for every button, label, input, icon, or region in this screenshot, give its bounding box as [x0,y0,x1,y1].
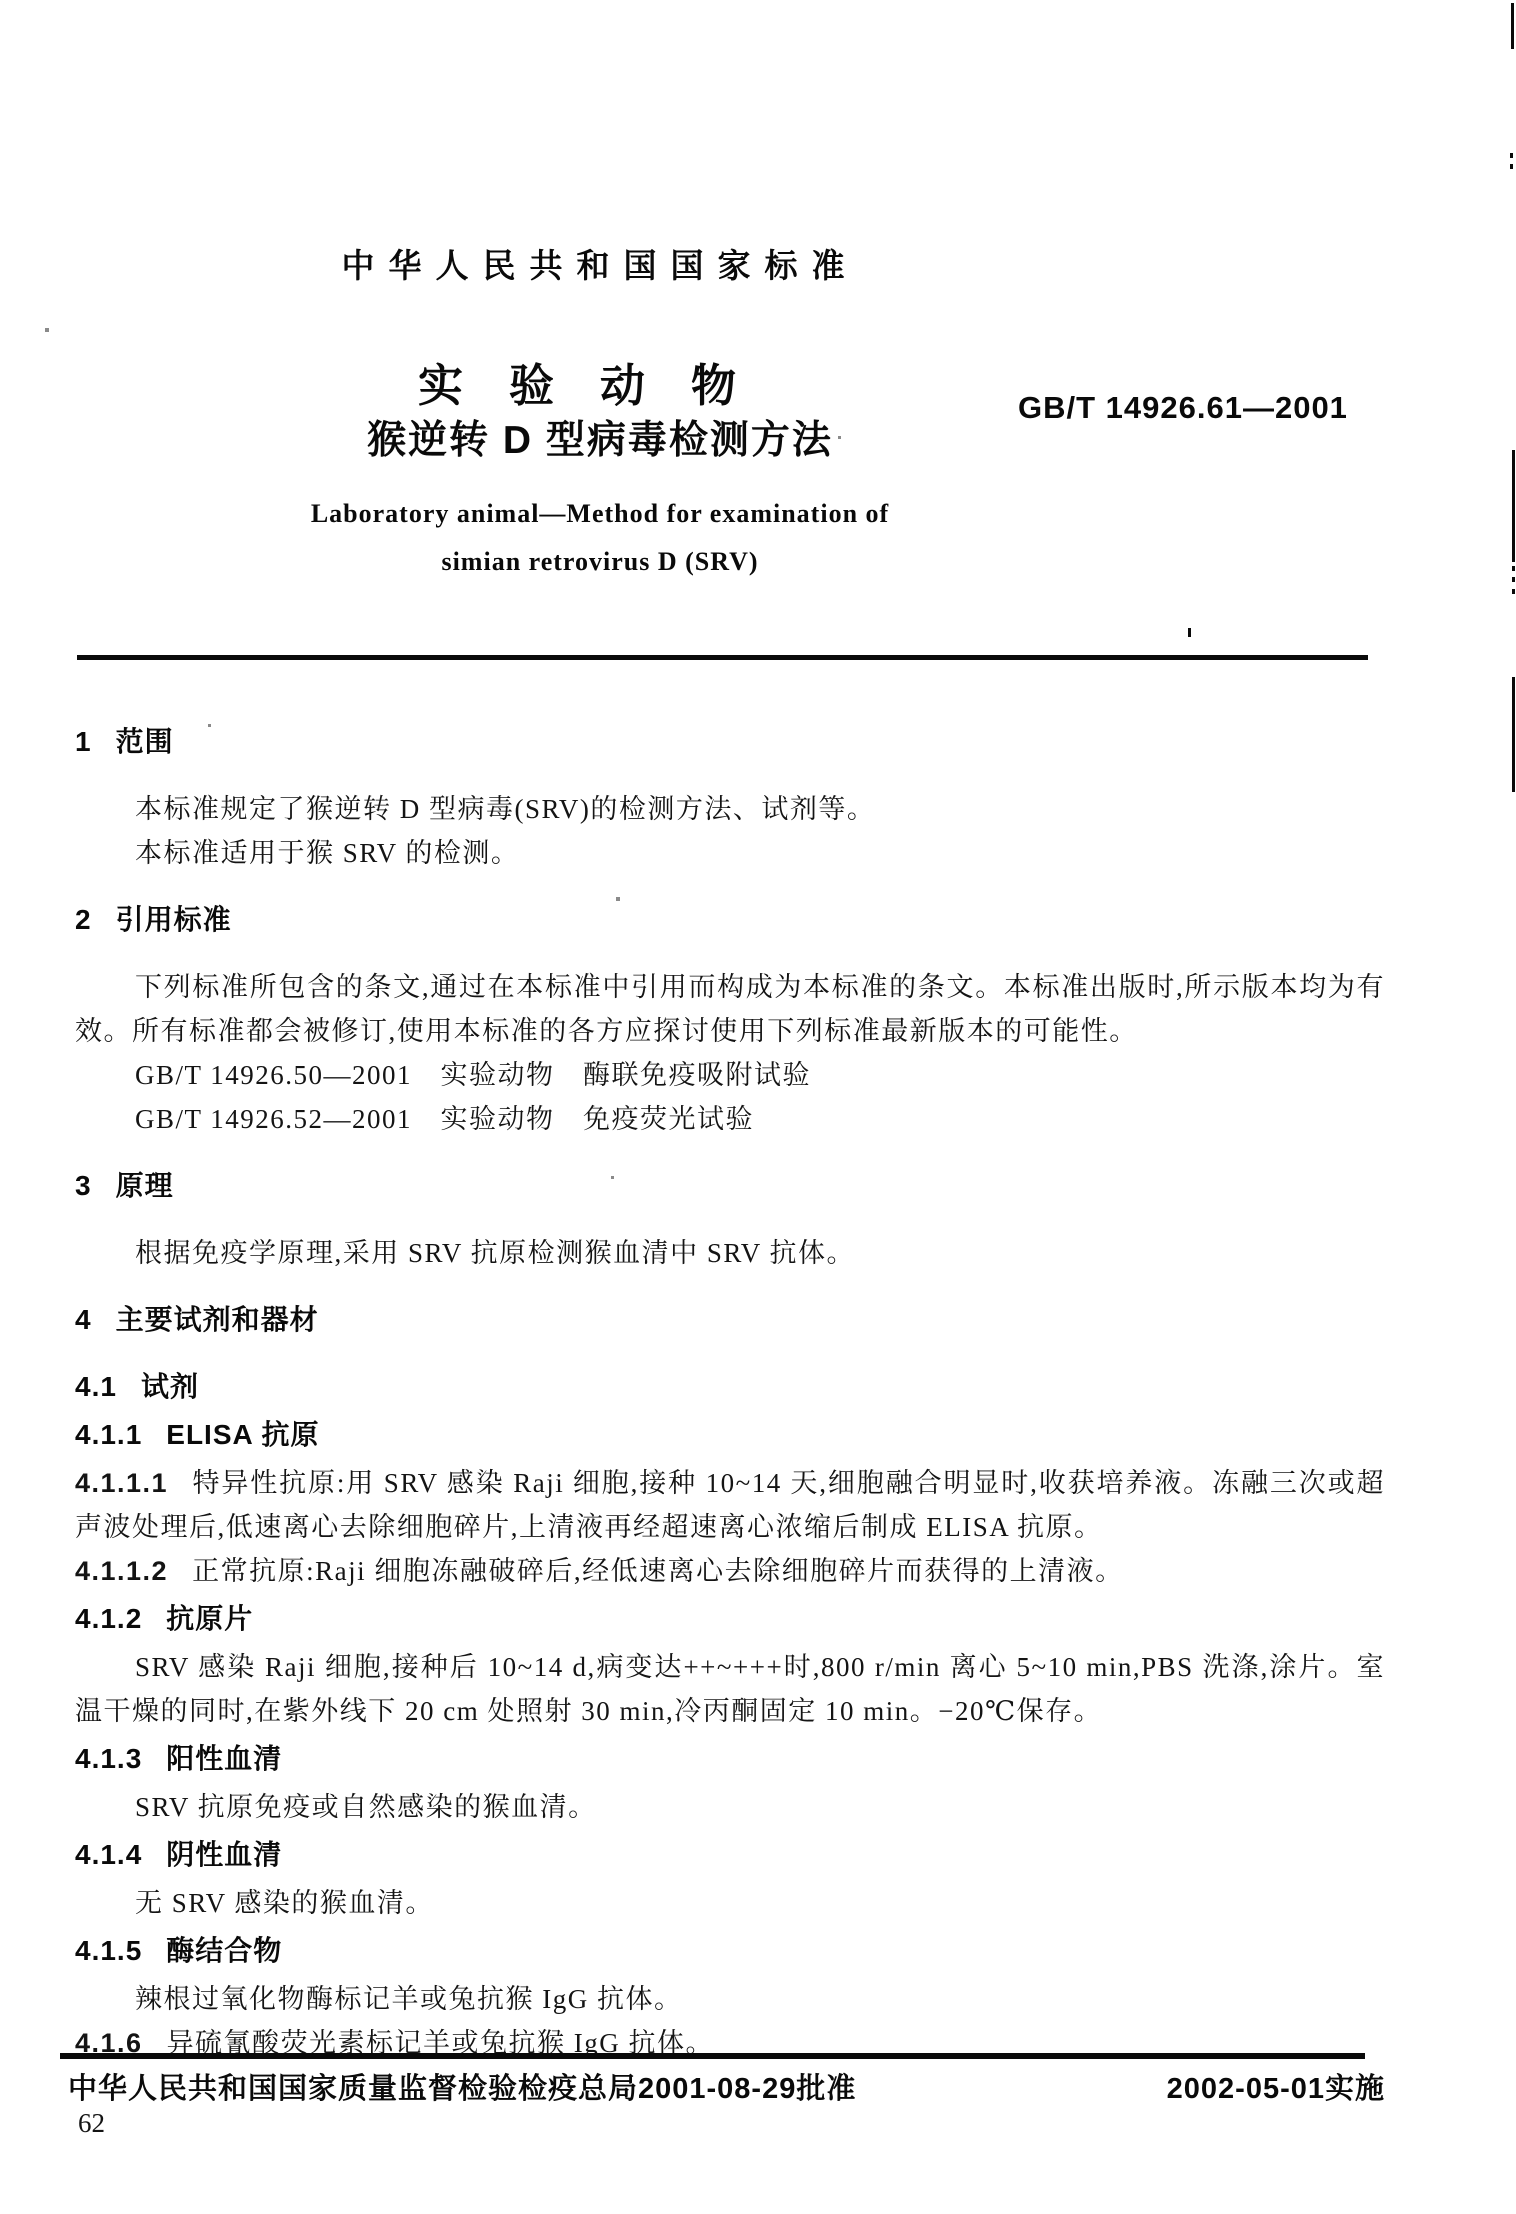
clause-title: 范围 [116,726,174,757]
clause-number: 4.1.5 [75,1929,142,1973]
clause-4-1-2-paragraph: SRV 感染 Raji 细胞,接种后 10~14 d,病变达++~+++时,80… [75,1645,1385,1733]
clause-title: 酶结合物 [166,1935,282,1966]
clause-title: 引用标准 [116,904,232,935]
clause-number: 4.1.2 [75,1597,142,1641]
clause-title: ELISA 抗原 [166,1419,319,1450]
scan-artifact [1512,566,1515,571]
clause-4-1-5-paragraph: 辣根过氧化物酶标记羊或兔抗猴 IgG 抗体。 [75,1977,1385,2021]
clause-4-1-2-heading: 4.1.2抗原片 [75,1597,1385,1641]
clause-1-paragraph: 本标准适用于猴 SRV 的检测。 [75,831,1385,875]
clause-3-heading: 3原理 [75,1165,1385,1207]
clause-title: 阴性血清 [166,1839,282,1870]
clause-1-heading: 1范围 [75,721,1385,763]
scan-artifact [1510,164,1513,169]
referenced-standard: GB/T 14926.52—2001 实验动物 免疫荧光试验 [75,1097,1385,1141]
clause-number: 4 [75,1299,92,1341]
document-title-en-line2: simian retrovirus D (SRV) [0,547,1200,577]
approval-authority-and-date: 中华人民共和国国家质量监督检验检疫总局2001-08-29批准 [68,2066,856,2107]
clause-title: 抗原片 [166,1603,253,1634]
clause-3-paragraph: 根据免疫学原理,采用 SRV 抗原检测猴血清中 SRV 抗体。 [75,1231,1385,1275]
clause-4-1-4-heading: 4.1.4阴性血清 [75,1833,1385,1877]
clause-4-1-5-heading: 4.1.5酶结合物 [75,1929,1385,1973]
clause-4-1-4-paragraph: 无 SRV 感染的猴血清。 [75,1881,1385,1925]
referenced-standard: GB/T 14926.50—2001 实验动物 酶联免疫吸附试验 [75,1053,1385,1097]
document-body: 1范围 本标准规定了猴逆转 D 型病毒(SRV)的检测方法、试剂等。 本标准适用… [75,703,1385,2065]
clause-4-1-1-2-paragraph: 4.1.1.2正常抗原:Raji 细胞冻融破碎后,经低速离心去除细胞碎片而获得的… [75,1549,1385,1593]
clause-1-paragraph: 本标准规定了猴逆转 D 型病毒(SRV)的检测方法、试剂等。 [75,787,1385,831]
clause-number: 2 [75,899,92,941]
clause-2-heading: 2引用标准 [75,899,1385,941]
scan-artifact [1512,577,1515,582]
clause-number: 4.1.3 [75,1737,142,1781]
clause-title: 主要试剂和器材 [116,1304,319,1335]
scan-artifact [1512,450,1515,562]
scan-artifact [1511,3,1514,49]
clause-number: 4.1.1.2 [75,1556,168,1586]
footer: 中华人民共和国国家质量监督检验检疫总局2001-08-29批准 2002-05-… [68,2066,1385,2107]
page-number: 62 [78,2108,105,2139]
implementation-date: 2002-05-01实施 [1167,2066,1385,2107]
national-standard-label: 中华人民共和国国家标准 [0,240,1200,287]
clause-number: 3 [75,1165,92,1207]
document-title-en-line1: Laboratory animal—Method for examination… [0,499,1200,529]
scan-artifact [1188,628,1191,637]
clause-number: 4.1.4 [75,1833,142,1877]
clause-number: 4.1 [75,1365,117,1409]
clause-4-1-1-1-paragraph: 4.1.1.1特异性抗原:用 SRV 感染 Raji 细胞,接种 10~14 天… [75,1461,1385,1549]
clause-title: 试剂 [141,1371,199,1402]
clause-4-1-3-paragraph: SRV 抗原免疫或自然感染的猴血清。 [75,1785,1385,1829]
scan-artifact [1510,153,1513,158]
clause-text: 特异性抗原:用 SRV 感染 Raji 细胞,接种 10~14 天,细胞融合明显… [75,1468,1385,1542]
clause-number: 4.1.1 [75,1413,142,1457]
clause-4-1-3-heading: 4.1.3阳性血清 [75,1737,1385,1781]
scan-artifact [45,328,49,332]
footer-rule [60,2053,1365,2059]
clause-number: 1 [75,721,92,763]
clause-4-heading: 4主要试剂和器材 [75,1299,1385,1341]
clause-title: 阳性血清 [166,1743,282,1774]
clause-title: 原理 [116,1170,174,1201]
scan-artifact [1512,677,1515,792]
clause-4-1-1-heading: 4.1.1ELISA 抗原 [75,1413,1385,1457]
standard-code: GB/T 14926.61—2001 [1018,390,1348,426]
clause-2-paragraph: 下列标准所包含的条文,通过在本标准中引用而构成为本标准的条文。本标准出版时,所示… [75,965,1385,1053]
scan-artifact [1512,589,1515,594]
clause-4-1-heading: 4.1试剂 [75,1365,1385,1409]
clause-text: 正常抗原:Raji 细胞冻融破碎后,经低速离心去除细胞碎片而获得的上清液。 [192,1556,1124,1586]
clause-number: 4.1.1.1 [75,1468,168,1498]
document-page: 中华人民共和国国家标准 实验动物 猴逆转 D 型病毒检测方法 GB/T 1492… [0,0,1516,2214]
header-rule [77,655,1368,660]
